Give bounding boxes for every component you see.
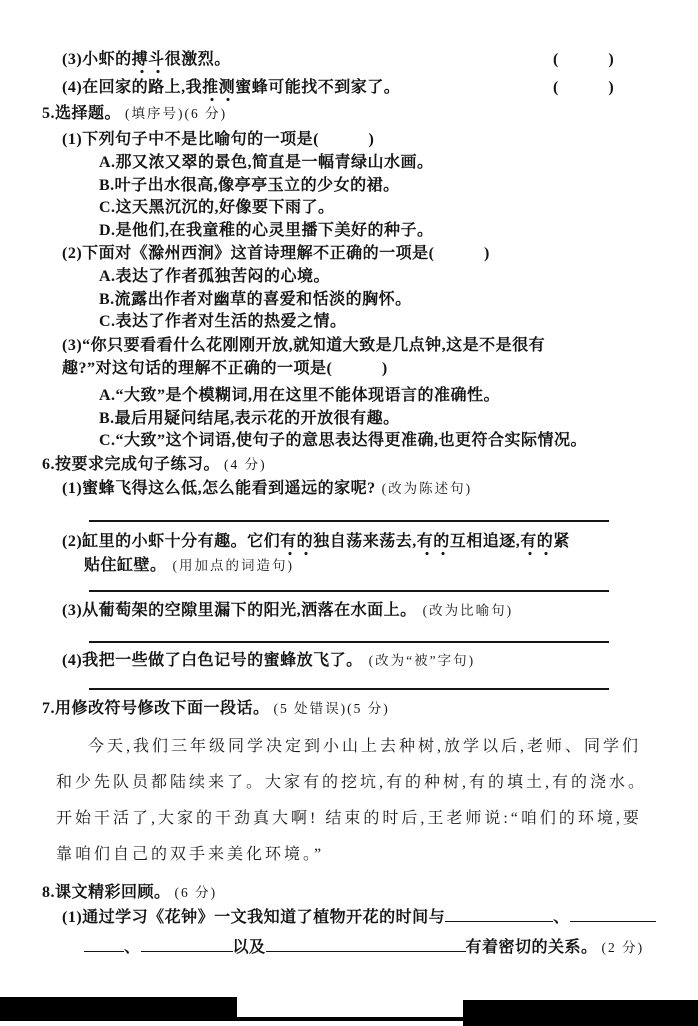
q5-title: 5.选择题。(填序号)(6 分)	[42, 104, 227, 124]
q5-sub2-stem: (2)下面对《滁州西涧》这首诗理解不正确的一项是( )	[62, 244, 490, 264]
item-number: (2)	[62, 533, 82, 550]
q8-sub1-text: (1)通过学习《花钟》一文我知道了植物开花的时间与	[62, 909, 445, 926]
answer-blank-line-1	[89, 520, 609, 522]
q5-sub1-stem: (1)下列句子中不是比喻句的一项是( )	[62, 130, 374, 150]
q6-sub2-mid1: 独自荡来荡去,	[313, 533, 417, 550]
q6-sub1: (1)蜜蜂飞得这么低,怎么能看到遥远的家呢?(改为陈述句)	[62, 479, 472, 499]
scan-bar-right	[463, 1000, 698, 1026]
q5-sub3-option-b: B.最后用疑问结尾,表示花的开放很有趣。	[99, 409, 400, 429]
q7-paragraph-line-1: 今天,我们三年级同学决定到小山上去种树,放学以后,老师、同学们	[88, 736, 641, 758]
dotted-word: 推测	[202, 79, 235, 102]
q6-sub1-instruction: (改为陈述句)	[382, 481, 473, 496]
item-text-post: 蜜蜂可能找不到家了。	[235, 79, 400, 96]
q6-sub3-text: (3)从葡萄架的空隙里漏下的阳光,洒落在水面上。	[62, 602, 417, 619]
q8-sub1-line1: (1)通过学习《花钟》一文我知道了植物开花的时间与、	[62, 906, 656, 928]
q8-title-text: 8.课文精彩回顾。	[42, 884, 171, 901]
item-text-pre: 小虾的	[82, 51, 132, 68]
q6-sub4-instruction: (改为“被”字句)	[369, 653, 475, 668]
q8-sub1-line2: 、以及有着密切的关系。(2 分)	[84, 936, 644, 958]
q5-sub1-option-d: D.是他们,在我童稚的心灵里播下美好的种子。	[99, 221, 434, 241]
q6-sub4-text: (4)我把一些做了白色记号的蜜蜂放飞了。	[62, 652, 363, 669]
q7-title: 7.用修改符号修改下面一段话。(5 处错误)(5 分)	[42, 699, 390, 719]
q5-sub3-stem-line1: (3)“你只要看看什么花刚刚开放,就知道大致是几点钟,这是不是很有	[62, 336, 545, 356]
judge-item-4: (4)在回家的路上,我推测蜜蜂可能找不到家了。 ( )	[62, 78, 698, 98]
item-text-pre: 在回家的路上,我	[82, 79, 202, 96]
dotted-word: 有的	[417, 533, 450, 556]
q6-sub4: (4)我把一些做了白色记号的蜜蜂放飞了。(改为“被”字句)	[62, 651, 475, 671]
answer-bracket: ( )	[553, 50, 614, 70]
q5-sub1-option-b: B.叶子出水很高,像亭亭玉立的少女的裙。	[99, 176, 400, 196]
q5-sub2-option-c: C.表达了作者对生活的热爱之情。	[99, 312, 347, 332]
dotted-word: 有的	[280, 533, 313, 556]
answer-blank-line-2	[89, 590, 609, 592]
q7-paragraph-line-4: 靠咱们自己的双手来美化环境。”	[56, 844, 324, 866]
q6-sub2-instruction: (用加点的词造句)	[173, 558, 295, 573]
item-number: (4)	[62, 79, 82, 96]
q5-title-text: 5.选择题。	[42, 105, 121, 122]
q5-sub2-option-b: B.流露出作者对幽草的喜爱和恬淡的胸怀。	[99, 290, 412, 310]
q6-sub2-line1: (2)缸里的小虾十分有趣。它们有的独自荡来荡去,有的互相追逐,有的紧	[62, 532, 570, 552]
answer-blank-line-4	[89, 688, 609, 690]
q6-title-note: (4 分)	[224, 457, 267, 472]
q6-sub3: (3)从葡萄架的空隙里漏下的阳光,洒落在水面上。(改为比喻句)	[62, 601, 513, 621]
q5-sub2-option-a: A.表达了作者孤独苦闷的心境。	[99, 267, 330, 287]
q8-sub1-score: (2 分)	[602, 940, 645, 955]
q7-paragraph-line-2: 和少先队员都陆续来了。大家有的挖坑,有的种树,有的填土,有的浇水。	[56, 772, 647, 794]
fill-blank-2	[570, 906, 656, 922]
exam-page: (3)小虾的搏斗很激烈。 ( ) (4)在回家的路上,我推测蜜蜂可能找不到家了。…	[0, 0, 698, 1026]
fill-blank-4	[141, 936, 233, 952]
item-text-post: 很激烈。	[165, 51, 231, 68]
q5-sub3-option-c: C.“大致”这个词语,使句子的意思表达得更准确,也更符合实际情况。	[99, 431, 587, 451]
q5-sub1-option-c: C.这天黑沉沉的,好像要下雨了。	[99, 198, 335, 218]
q5-sub3-option-a: A.“大致”是个模糊词,用在这里不能体现语言的准确性。	[99, 386, 500, 406]
q7-title-note: (5 处错误)(5 分)	[274, 701, 390, 716]
answer-bracket: ( )	[553, 78, 614, 98]
q8-sub1-mid: 以及	[233, 939, 266, 956]
separator: 、	[124, 939, 141, 956]
fill-blank-5	[266, 936, 466, 952]
item-number: (3)	[62, 51, 82, 68]
q5-sub1-option-a: A.那又浓又翠的景色,简直是一幅青绿山水画。	[99, 153, 434, 173]
q7-paragraph-line-3: 开始干活了,大家的干劲真大啊! 结束的时后,王老师说:“咱们的环境,要	[56, 808, 642, 830]
q6-sub2-pre: 缸里的小虾十分有趣。它们	[82, 533, 280, 550]
q6-sub3-instruction: (改为比喻句)	[423, 603, 514, 618]
dotted-word: 有的	[520, 533, 553, 556]
q5-title-note: (填序号)(6 分)	[125, 106, 227, 121]
q6-sub2-tail: 紧	[553, 533, 570, 550]
q6-sub2-mid2: 互相追逐,	[450, 533, 521, 550]
q6-title: 6.按要求完成句子练习。(4 分)	[42, 455, 267, 475]
fill-blank-1	[445, 906, 553, 922]
separator: 、	[553, 909, 570, 926]
dotted-word: 搏斗	[132, 51, 165, 74]
q8-title-note: (6 分)	[175, 885, 218, 900]
answer-blank-line-3	[89, 641, 609, 643]
judge-item-3: (3)小虾的搏斗很激烈。 ( )	[62, 50, 698, 70]
q6-sub1-text: (1)蜜蜂飞得这么低,怎么能看到遥远的家呢?	[62, 480, 376, 497]
scan-bar-left	[0, 997, 237, 1019]
fill-blank-3	[84, 936, 124, 952]
q8-sub1-tail: 有着密切的关系。	[466, 939, 598, 956]
q6-title-text: 6.按要求完成句子练习。	[42, 456, 220, 473]
q6-sub2-line2-text: 贴住缸壁。	[84, 557, 167, 574]
q5-sub3-stem-line2: 趣?”对这句话的理解不正确的一项是( )	[62, 359, 388, 379]
q8-title: 8.课文精彩回顾。(6 分)	[42, 883, 217, 903]
q6-sub2-line2: 贴住缸壁。(用加点的词造句)	[84, 556, 294, 576]
q7-title-text: 7.用修改符号修改下面一段话。	[42, 700, 270, 717]
